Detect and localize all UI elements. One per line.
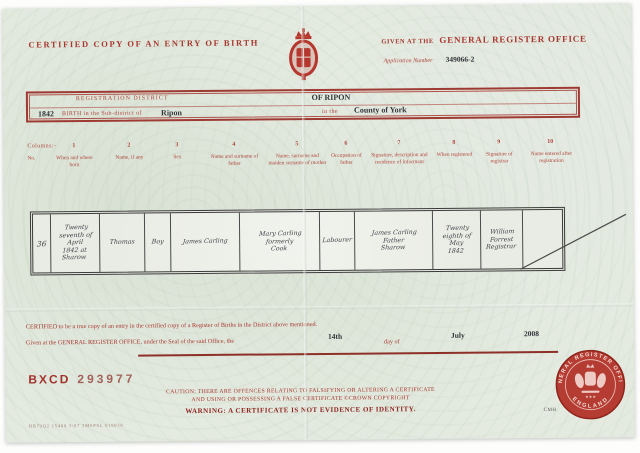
column-number-7: 7 [397, 140, 400, 146]
cell-child-name: Thomas [100, 214, 146, 272]
certificate-paper: CERTIFIED COPY OF AN ENTRY OF BIRTH GIVE… [2, 3, 635, 442]
column-number-6: 6 [344, 141, 347, 147]
registration-district-label: REGISTRATION DISTRICT [76, 95, 169, 102]
given-at-prefix: GIVEN AT THE [381, 38, 433, 45]
occupation-value: Labourer [320, 237, 355, 245]
svg-text:★★★: ★★★ [585, 394, 596, 399]
entry-number-value: 36 [33, 239, 51, 248]
child-name-value: Thomas [100, 238, 145, 247]
column-header-registered: When registered [434, 152, 474, 159]
district-year: 1842 [38, 109, 54, 118]
signature-rule-line [138, 351, 558, 357]
column-number-4: 4 [232, 142, 235, 148]
given-at-office: GENERAL REGISTER OFFICE [439, 34, 587, 45]
cell-registrar: William Forrest Registrar [481, 210, 524, 268]
informant-value: James Carling Father Sharow [355, 228, 433, 253]
when-registered-value: Twenty eighth of May 1842 [433, 224, 481, 255]
cell-sex: Boy [145, 213, 172, 271]
column-header-informant: Signature, description and residence of … [367, 152, 431, 166]
register-entry-table: 36 Twenty seventh of April 1842 at Sharo… [30, 207, 566, 276]
county-name: County of York [354, 105, 407, 114]
application-number-label: Application Number [384, 58, 433, 64]
registrar-value: William Forrest Registrar [481, 228, 523, 252]
sex-value: Boy [145, 238, 171, 246]
column-number-10: 10 [547, 139, 553, 145]
mother-name-value: Mary Carling formerly Cook [240, 229, 320, 254]
cell-occupation: Labourer [320, 212, 356, 270]
seal-ring-text: GENERAL REGISTER OFFICE [553, 347, 623, 384]
column-header-mother: Name, surname and maiden surname of moth… [268, 153, 326, 167]
column-number-2: 2 [127, 143, 130, 149]
subdistrict-prefix: BIRTH in the Sub-district of [62, 111, 142, 118]
certified-statement-line2: Given at the GENERAL REGISTER OFFICE, un… [26, 337, 346, 347]
column-number-5: 5 [295, 141, 298, 147]
column-number-9: 9 [497, 139, 500, 145]
column-header-name: Name, if any [107, 154, 151, 161]
district-box: REGISTRATION DISTRICT OF RIPON 1842 BIRT… [26, 87, 580, 123]
cell-name-after-registration [523, 210, 569, 268]
cell-when-registered: Twenty eighth of May 1842 [433, 211, 482, 269]
cell-father-name: James Carling [171, 213, 241, 272]
seal-coat-of-arms: ★★★ [573, 364, 607, 399]
column-header-occupation: Occupation of father [326, 153, 366, 167]
column-header-name-after: Name entered after registration [527, 151, 575, 165]
svg-text:GENERAL REGISTER OFFICE: GENERAL REGISTER OFFICE [553, 347, 623, 384]
column-number-1: 1 [72, 143, 75, 149]
columns-label: Columns:- [27, 143, 56, 149]
in-the-label: in the [322, 109, 338, 115]
cell-mother-name: Mary Carling formerly Cook [240, 212, 321, 271]
column-number-8: 8 [452, 140, 455, 146]
column-header-father: Name and surname of father [207, 153, 261, 167]
column-header-when-born: When and where born [52, 155, 96, 169]
paper-fold-horizontal [5, 303, 634, 311]
scanned-birth-certificate: { "header": { "title": "CERTIFIED COPY O… [0, 0, 640, 453]
royal-crest-icon [284, 28, 323, 86]
father-name-value: James Carling [171, 237, 240, 246]
certified-statement-line1: CERTIFIED to be a true copy of an entry … [26, 319, 506, 330]
seal-inner-ring [565, 359, 615, 409]
general-register-office-seal: GENERAL REGISTER OFFICE ENGLAND ★★★ [553, 347, 628, 422]
print-batch-code: HB79Q2 15400 3/07 3MSPSL 019038 [29, 423, 124, 429]
serial-number: 293977 [77, 372, 135, 387]
column-no-label: No. [27, 155, 35, 162]
svg-text:ENGLAND: ENGLAND [571, 396, 611, 410]
certificate-serial: BXCD293977 [28, 372, 135, 387]
serial-prefix: BXCD [28, 372, 70, 386]
application-number-value: 349066-2 [446, 55, 475, 64]
cell-when-where-born: Twenty seventh of April 1842 at Sharow [51, 214, 101, 272]
column-header-registrar: Signature of registrar [479, 151, 519, 165]
when-where-born-value: Twenty seventh of April 1842 at Sharow [51, 224, 101, 263]
subdistrict-name: Ripon [161, 108, 182, 117]
column-number-3: 3 [175, 142, 178, 148]
name-after-registration-value [523, 238, 568, 239]
column-header-sex: Sex [165, 154, 189, 161]
issue-year: 2008 [524, 329, 539, 338]
issue-month: July [451, 331, 465, 340]
seal-outer-circle [556, 350, 625, 419]
cell-informant: James Carling Father Sharow [355, 211, 434, 270]
issue-day: 14th [328, 332, 342, 341]
day-of-label: day of [384, 338, 400, 345]
caution-block: CAUTION: THERE ARE OFFENCES RELATING TO … [105, 386, 495, 415]
warning-line: WARNING: A CERTIFICATE IS NOT EVIDENCE O… [106, 405, 496, 416]
seal-bottom-text: ENGLAND [571, 396, 611, 410]
registration-district-name: OF RIPON [276, 92, 386, 102]
checker-initials: CMH [544, 408, 557, 413]
page-title: CERTIFIED COPY OF AN ENTRY OF BIRTH [28, 38, 259, 50]
cell-entry-number: 36 [33, 214, 52, 272]
